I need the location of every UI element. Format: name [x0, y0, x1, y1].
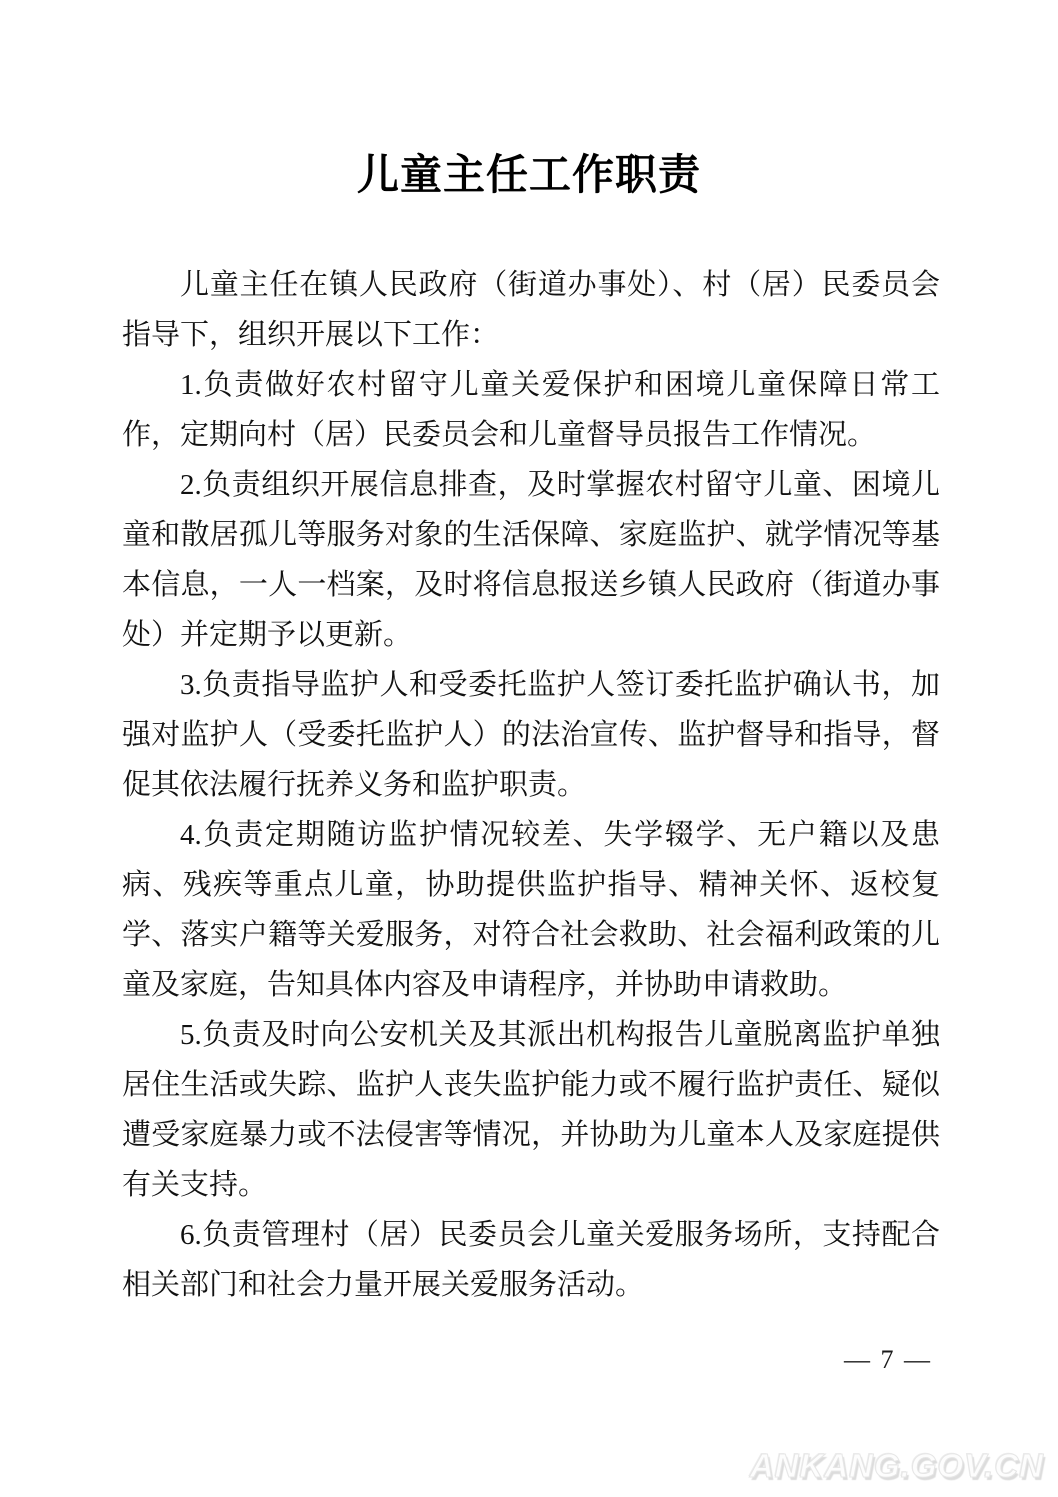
intro-paragraph: 儿童主任在镇人民政府（街道办事处）、村（居）民委员会指导下，组织开展以下工作： [122, 260, 940, 360]
duty-item-4: 4.负责定期随访监护情况较差、失学辍学、无户籍以及患病、残疾等重点儿童，协助提供… [122, 810, 940, 1010]
ankang-gov-watermark: ANKANG.GOV.CN [750, 1446, 1044, 1486]
duty-item-1: 1.负责做好农村留守儿童关爱保护和困境儿童保障日常工作，定期向村（居）民委员会和… [122, 360, 940, 460]
duty-item-3: 3.负责指导监护人和受委托监护人签订委托监护确认书，加强对监护人（受委托监护人）… [122, 660, 940, 810]
document-page: 儿童主任工作职责 儿童主任在镇人民政府（街道办事处）、村（居）民委员会指导下，组… [0, 0, 1058, 1497]
page-title: 儿童主任工作职责 [0, 150, 1058, 202]
duty-item-5: 5.负责及时向公安机关及其派出机构报告儿童脱离监护单独居住生活或失踪、监护人丧失… [122, 1010, 940, 1210]
document-body: 儿童主任在镇人民政府（街道办事处）、村（居）民委员会指导下，组织开展以下工作： … [122, 260, 940, 1310]
duty-item-6: 6.负责管理村（居）民委员会儿童关爱服务场所，支持配合相关部门和社会力量开展关爱… [122, 1210, 940, 1310]
page-number: — 7 — [844, 1344, 932, 1376]
duty-item-2: 2.负责组织开展信息排查，及时掌握农村留守儿童、困境儿童和散居孤儿等服务对象的生… [122, 460, 940, 660]
